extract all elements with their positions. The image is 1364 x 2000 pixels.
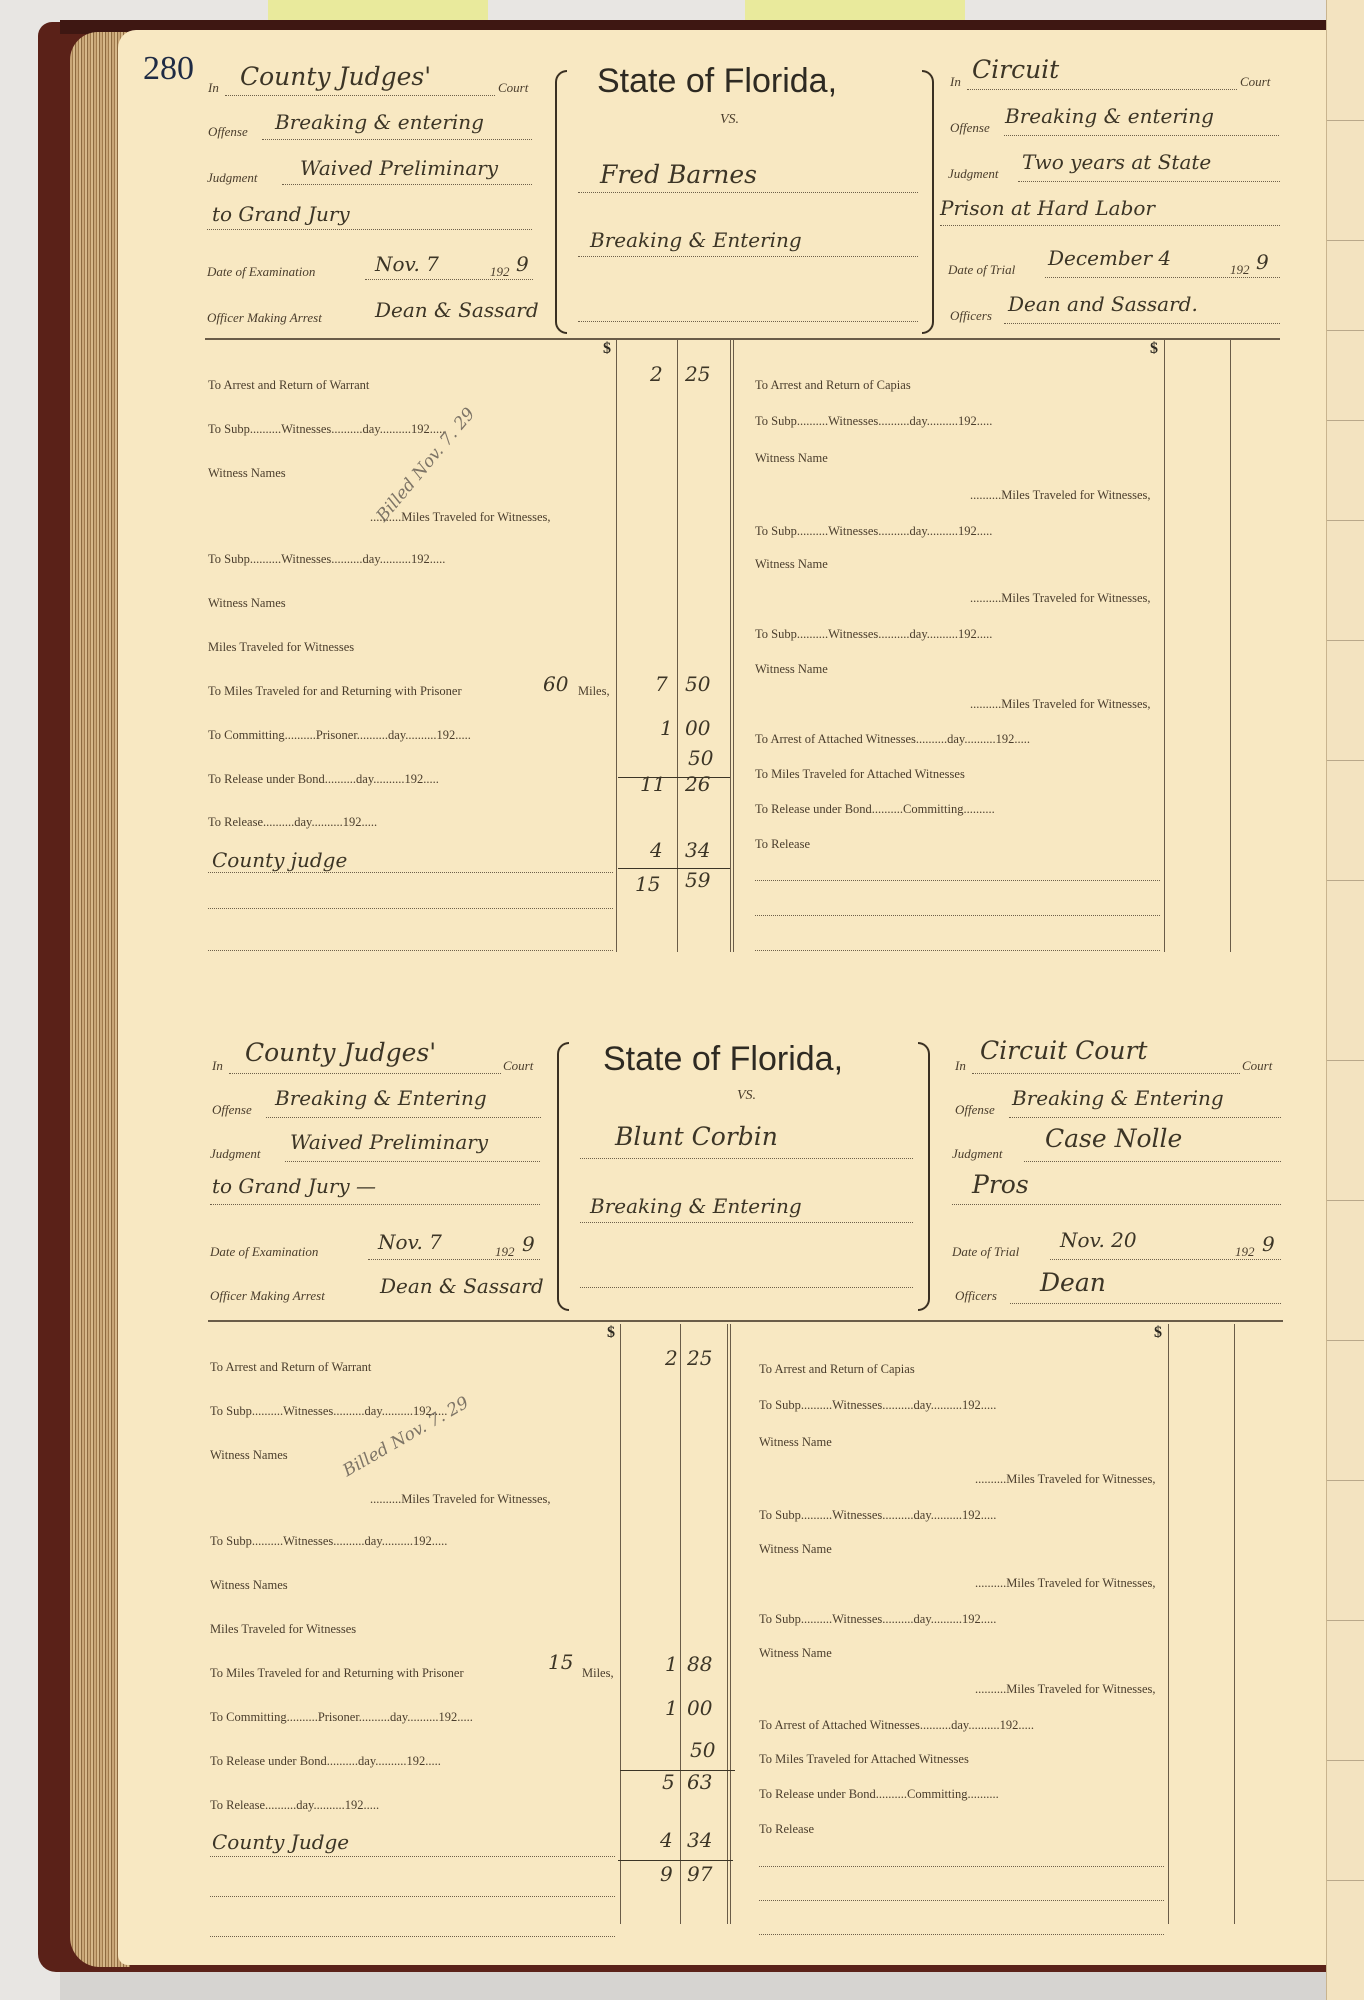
rfee-miles-attached: To Miles Traveled for Attached Witnesses <box>759 1752 969 1767</box>
rfee-miles-attached: To Miles Traveled for Attached Witnesses <box>755 767 965 782</box>
label-in: In <box>212 1058 223 1074</box>
rfee-release-bond: To Release under Bond..........Committin… <box>755 802 995 817</box>
rfee-arrest-attached: To Arrest of Attached Witnesses.........… <box>755 732 1030 747</box>
charge-value: Breaking & Entering <box>590 1194 802 1218</box>
rfee-subp-1: To Subp..........Witnesses..........day.… <box>755 414 992 429</box>
fee-row-committing: To Committing..........Prisoner.........… <box>210 1710 473 1725</box>
label-court-upper: Court <box>1242 1058 1272 1074</box>
rfee-arrest-attached: To Arrest of Attached Witnesses.........… <box>759 1718 1034 1733</box>
offense-value: Breaking & entering <box>275 110 484 134</box>
fee-total-cents: 59 <box>685 868 710 892</box>
fee-miles-dollars: 1 <box>665 1652 678 1676</box>
exam-year-prefix: 192 <box>495 1244 515 1260</box>
miles-suffix: Miles, <box>578 684 610 699</box>
fee-row-subp-2: To Subp..........Witnesses..........day.… <box>208 552 445 567</box>
fee-row-arrest-warrant: To Arrest and Return of Warrant <box>208 378 369 393</box>
fee-arrest-cents: 25 <box>687 1346 712 1370</box>
fee-judge-dollars: 4 <box>650 838 663 862</box>
upper-offense-value: Breaking & entering <box>1005 104 1214 128</box>
fee-arrest-dollars: 2 <box>650 362 663 386</box>
judgment-line2: to Grand Jury <box>212 202 350 226</box>
fee-row-subp: To Subp..........Witnesses..........day.… <box>210 1404 447 1419</box>
trial-year-prefix: 192 <box>1230 262 1250 278</box>
fee-row-witness-names-2: Witness Names <box>210 1578 288 1593</box>
upper-judgment-line1: Case Nolle <box>1045 1124 1182 1153</box>
header-divider <box>205 338 1280 340</box>
adjacent-page-edge <box>1326 0 1364 2000</box>
upper-judgment-line2: Pros <box>972 1170 1029 1199</box>
dollar-sign-left: $ <box>607 1324 615 1342</box>
rfee-miles-1: ..........Miles Traveled for Witnesses, <box>975 1472 1156 1487</box>
header-divider <box>208 1320 1283 1322</box>
label-date-of-trial: Date of Trial <box>948 262 1015 278</box>
fee-judge-cents: 34 <box>685 838 710 862</box>
judgment-line2: to Grand Jury — <box>212 1174 376 1198</box>
prisoner-miles-value: 15 <box>548 1650 573 1674</box>
fee-miles-dollars: 7 <box>655 672 668 696</box>
left-brace <box>555 70 567 334</box>
fee-judge-dollars: 4 <box>660 1828 673 1852</box>
fee-arrest-cents: 25 <box>685 362 710 386</box>
exam-year-value: 9 <box>522 1232 535 1256</box>
rfee-miles-1: ..........Miles Traveled for Witnesses, <box>970 488 1151 503</box>
state-title: State of Florida, <box>597 62 837 101</box>
dollar-sign-right: $ <box>1154 1324 1162 1342</box>
rfee-release: To Release <box>759 1822 814 1837</box>
label-officer-making-arrest: Officer Making Arrest <box>207 310 322 326</box>
officers-value: Dean <box>1040 1268 1106 1297</box>
label-judgment-upper: Judgment <box>948 166 999 182</box>
exam-date-value: Nov. 7 <box>378 1230 442 1254</box>
upper-court-value: Circuit <box>972 55 1059 84</box>
dollar-sign-left: $ <box>603 340 611 358</box>
exam-year-value: 9 <box>516 252 529 276</box>
arresting-officer-value: Dean & Sassard <box>380 1274 544 1298</box>
left-brace <box>557 1042 569 1311</box>
defendant-name: Blunt Corbin <box>615 1122 778 1151</box>
label-date-of-examination: Date of Examination <box>207 264 315 280</box>
trial-year-value: 9 <box>1256 250 1269 274</box>
miles-suffix: Miles, <box>582 1666 614 1681</box>
offense-value: Breaking & Entering <box>275 1086 487 1110</box>
label-date-of-trial: Date of Trial <box>952 1244 1019 1260</box>
exam-date-value: Nov. 7 <box>375 252 439 276</box>
fee-row-witness-names: Witness Names <box>208 466 286 481</box>
fee-total-dollars: 15 <box>635 872 660 896</box>
trial-year-value: 9 <box>1262 1232 1275 1256</box>
fee-row-subp-2: To Subp..........Witnesses..........day.… <box>210 1534 447 1549</box>
rfee-miles-3: ..........Miles Traveled for Witnesses, <box>970 697 1151 712</box>
label-in: In <box>208 80 219 96</box>
state-title: State of Florida, <box>603 1040 843 1079</box>
fee-committing-dollars: 1 <box>665 1696 678 1720</box>
label-offense-upper: Offense <box>950 120 990 136</box>
fee-row-miles-witnesses: ..........Miles Traveled for Witnesses, <box>370 510 551 525</box>
rfee-arrest-capias: To Arrest and Return of Capias <box>759 1362 915 1377</box>
page-number: 280 <box>143 50 194 88</box>
label-officer-making-arrest: Officer Making Arrest <box>210 1288 325 1304</box>
rfee-arrest-capias: To Arrest and Return of Capias <box>755 378 911 393</box>
fee-committing-cents: 00 <box>687 1696 712 1720</box>
fee-row-miles-prisoner: To Miles Traveled for and Returning with… <box>208 684 462 699</box>
label-court: Court <box>498 80 528 96</box>
label-offense: Offense <box>208 124 248 140</box>
rfee-release: To Release <box>755 837 810 852</box>
rfee-subp-3: To Subp..........Witnesses..........day.… <box>759 1612 996 1627</box>
fee-subtotal-dollars: 11 <box>640 772 665 796</box>
right-brace <box>918 1042 930 1311</box>
charge-value: Breaking & Entering <box>590 228 802 252</box>
label-court-upper: Court <box>1240 74 1270 90</box>
lower-court-value: County Judges' <box>240 62 431 91</box>
defendant-name: Fred Barnes <box>600 160 757 189</box>
fee-row-committing: To Committing..........Prisoner.........… <box>208 728 471 743</box>
fee-row-release-bond: To Release under Bond..........day......… <box>208 772 439 787</box>
rfee-subp-3: To Subp..........Witnesses..........day.… <box>755 627 992 642</box>
fee-row-miles-for-witnesses: Miles Traveled for Witnesses <box>210 1622 356 1637</box>
fee-row-release: To Release..........day..........192....… <box>210 1798 379 1813</box>
rfee-witness-name-2: Witness Name <box>755 557 828 572</box>
upper-court-value: Circuit Court <box>980 1036 1147 1065</box>
fee-judge-cents: 34 <box>687 1828 712 1852</box>
label-court: Court <box>503 1058 533 1074</box>
fee-row-miles-for-witnesses: Miles Traveled for Witnesses <box>208 640 354 655</box>
fee-committing-cents: 00 <box>685 716 710 740</box>
upper-judgment-line2: Prison at Hard Labor <box>940 196 1155 220</box>
upper-offense-value: Breaking & Entering <box>1012 1086 1224 1110</box>
fee-bond-cents: 50 <box>688 746 713 770</box>
lower-court-value: County Judges' <box>245 1038 436 1067</box>
rfee-miles-3: ..........Miles Traveled for Witnesses, <box>975 1682 1156 1697</box>
fee-subtotal-dollars: 5 <box>662 1770 675 1794</box>
rfee-miles-2: ..........Miles Traveled for Witnesses, <box>970 591 1151 606</box>
rfee-subp-1: To Subp..........Witnesses..........day.… <box>759 1398 996 1413</box>
fee-row-subp: To Subp..........Witnesses..........day.… <box>208 422 445 437</box>
label-judgment: Judgment <box>210 1146 261 1162</box>
rfee-witness-name-3: Witness Name <box>755 662 828 677</box>
fee-row-miles-prisoner: To Miles Traveled for and Returning with… <box>210 1666 464 1681</box>
fee-miles-cents: 50 <box>685 672 710 696</box>
label-in-upper: In <box>955 1058 966 1074</box>
prisoner-miles-value: 60 <box>543 672 568 696</box>
fee-subtotal-cents: 26 <box>685 772 710 796</box>
label-in-upper: In <box>950 74 961 90</box>
fee-row-miles-witnesses: ..........Miles Traveled for Witnesses, <box>370 1492 551 1507</box>
rfee-subp-2: To Subp..........Witnesses..........day.… <box>755 524 992 539</box>
dollar-sign-right: $ <box>1150 340 1158 358</box>
fee-row-release: To Release..........day..........192....… <box>208 815 377 830</box>
county-judge-note: County Judge <box>212 1830 349 1854</box>
trial-date-value: December 4 <box>1048 246 1171 270</box>
upper-judgment-line1: Two years at State <box>1022 150 1211 174</box>
judgment-line1: Waived Preliminary <box>300 156 498 180</box>
officers-value: Dean and Sassard. <box>1008 292 1198 316</box>
vs-label: VS. <box>720 112 739 128</box>
rfee-witness-name-1: Witness Name <box>759 1435 832 1450</box>
label-judgment-upper: Judgment <box>952 1146 1003 1162</box>
rfee-witness-name-1: Witness Name <box>755 451 828 466</box>
county-judge-note: County judge <box>212 848 347 872</box>
label-offense: Offense <box>212 1102 252 1118</box>
trial-year-prefix: 192 <box>1235 1244 1255 1260</box>
fee-bond-cents: 50 <box>690 1738 715 1762</box>
fee-committing-dollars: 1 <box>660 716 673 740</box>
fee-row-release-bond: To Release under Bond..........day......… <box>210 1754 441 1769</box>
fee-row-witness-names: Witness Names <box>210 1448 288 1463</box>
label-date-of-examination: Date of Examination <box>210 1244 318 1260</box>
fee-row-arrest-warrant: To Arrest and Return of Warrant <box>210 1360 371 1375</box>
vs-label: VS. <box>737 1088 756 1104</box>
rfee-subp-2: To Subp..........Witnesses..........day.… <box>759 1508 996 1523</box>
label-offense-upper: Offense <box>955 1102 995 1118</box>
rfee-miles-2: ..........Miles Traveled for Witnesses, <box>975 1576 1156 1591</box>
rfee-release-bond: To Release under Bond..........Committin… <box>759 1787 999 1802</box>
fee-arrest-dollars: 2 <box>665 1346 678 1370</box>
label-officers: Officers <box>955 1288 997 1304</box>
fee-total-dollars: 9 <box>660 1862 673 1886</box>
rfee-witness-name-2: Witness Name <box>759 1542 832 1557</box>
fee-row-witness-names-2: Witness Names <box>208 596 286 611</box>
label-judgment: Judgment <box>207 170 258 186</box>
fee-miles-cents: 88 <box>687 1652 712 1676</box>
label-officers: Officers <box>950 308 992 324</box>
trial-date-value: Nov. 20 <box>1060 1228 1137 1252</box>
exam-year-prefix: 192 <box>490 264 510 280</box>
arresting-officer-value: Dean & Sassard <box>375 298 539 322</box>
right-brace <box>922 70 934 334</box>
fee-subtotal-cents: 63 <box>687 1770 712 1794</box>
rfee-witness-name-3: Witness Name <box>759 1646 832 1661</box>
fee-total-cents: 97 <box>687 1862 712 1886</box>
judgment-line1: Waived Preliminary <box>290 1130 488 1154</box>
